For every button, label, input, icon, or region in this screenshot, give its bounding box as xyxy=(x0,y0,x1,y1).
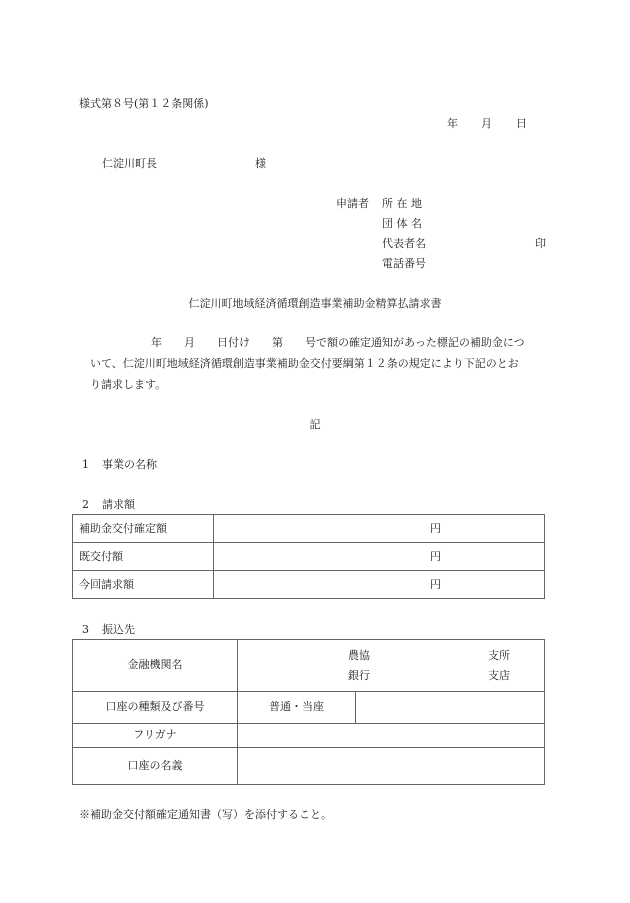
section2-label: 請求額 xyxy=(102,498,135,512)
section2-number: 2 xyxy=(82,498,89,512)
account-number-field[interactable] xyxy=(356,692,544,723)
claim-amount-table: 補助金交付確定額 円 既交付額 円 今回請求額 円 xyxy=(72,514,545,599)
current-claim-field[interactable]: 円 xyxy=(214,571,544,598)
furigana-field[interactable] xyxy=(238,724,544,747)
bank-type-nokyo: 農協 xyxy=(348,649,370,663)
applicant-address-label: 所 在 地 xyxy=(382,197,422,211)
applicant-org-label: 団 体 名 xyxy=(382,217,422,231)
form-number: 様式第８号(第１２条関係) xyxy=(79,97,209,111)
addressee-name: 仁淀川町長 xyxy=(102,157,157,171)
confirmed-amount-field[interactable]: 円 xyxy=(214,515,544,542)
account-holder-label: 口座の名義 xyxy=(73,759,237,773)
already-paid-field[interactable]: 円 xyxy=(214,543,544,570)
applicant-label: 申請者 xyxy=(336,197,369,211)
section3-label: 振込先 xyxy=(102,623,135,637)
date-day-label: 日 xyxy=(516,117,527,131)
branch-type-shisho: 支所 xyxy=(488,649,510,663)
yen-unit: 円 xyxy=(430,578,441,592)
bank-name-label: 金融機関名 xyxy=(73,658,237,672)
transfer-destination-table: 金融機関名 農協 支所 銀行 支店 口座の種類及び番号 普通・当座 フリガナ 口… xyxy=(72,639,545,785)
applicant-phone-label: 電話番号 xyxy=(382,257,426,271)
section3-number: 3 xyxy=(82,623,89,637)
bank-name-field[interactable]: 農協 支所 銀行 支店 xyxy=(238,640,544,691)
body-line-2: いて、仁淀川町地域経済循環創造事業補助金交付要綱第１２条の規定により下記のとお xyxy=(90,357,519,371)
account-type-select[interactable]: 普通・当座 xyxy=(238,700,355,714)
branch-type-shiten: 支店 xyxy=(488,669,510,683)
confirmed-amount-label: 補助金交付確定額 xyxy=(79,522,167,536)
current-claim-label: 今回請求額 xyxy=(79,578,134,592)
date-year-label: 年 xyxy=(447,117,458,131)
yen-unit: 円 xyxy=(430,550,441,564)
date-month-label: 月 xyxy=(481,117,492,131)
attachment-note: ※補助金交付額確定通知書（写）を添付すること。 xyxy=(79,808,332,822)
account-holder-field[interactable] xyxy=(238,748,544,784)
applicant-rep-label: 代表者名 xyxy=(382,237,426,251)
section1-number: 1 xyxy=(82,458,89,472)
document-title: 仁淀川町地域経済循環創造事業補助金精算払請求書 xyxy=(0,297,630,311)
section1-label: 事業の名称 xyxy=(102,458,157,472)
yen-unit: 円 xyxy=(430,522,441,536)
body-line-1: 年 月 日付け 第 号で額の確定通知があった標記の補助金につ xyxy=(151,336,525,350)
already-paid-label: 既交付額 xyxy=(79,550,123,564)
ki-heading: 記 xyxy=(0,418,630,432)
addressee-honorific: 様 xyxy=(255,157,266,171)
bank-type-ginko: 銀行 xyxy=(348,669,370,683)
seal-mark: 印 xyxy=(535,237,546,251)
account-type-number-label: 口座の種類及び番号 xyxy=(73,700,237,714)
body-line-3: り請求します。 xyxy=(90,378,166,392)
furigana-label: フリガナ xyxy=(73,728,237,742)
